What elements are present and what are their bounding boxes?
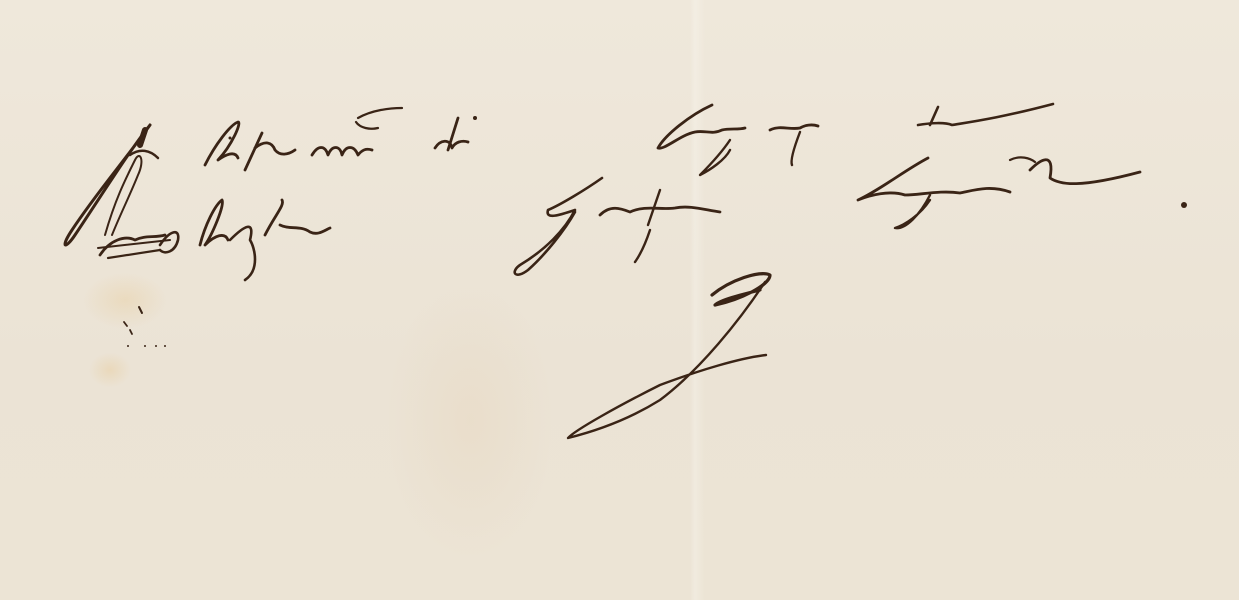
word-crossed-out <box>98 232 178 258</box>
word-bitte <box>205 122 295 170</box>
word-anzeige <box>658 105 818 175</box>
ink-specks <box>124 307 166 347</box>
word-ich <box>65 125 158 245</box>
word-gelehrten <box>515 178 720 275</box>
word-um <box>312 108 402 155</box>
word-der <box>918 104 1053 125</box>
document-page: Ich bitte um die Anzeige der […] bestell… <box>0 0 1239 600</box>
word-bestellten <box>200 200 330 280</box>
word-anzahl <box>858 157 1187 228</box>
handwriting-strokes <box>0 0 1239 600</box>
word-die <box>435 116 477 150</box>
signature-j <box>568 274 770 438</box>
